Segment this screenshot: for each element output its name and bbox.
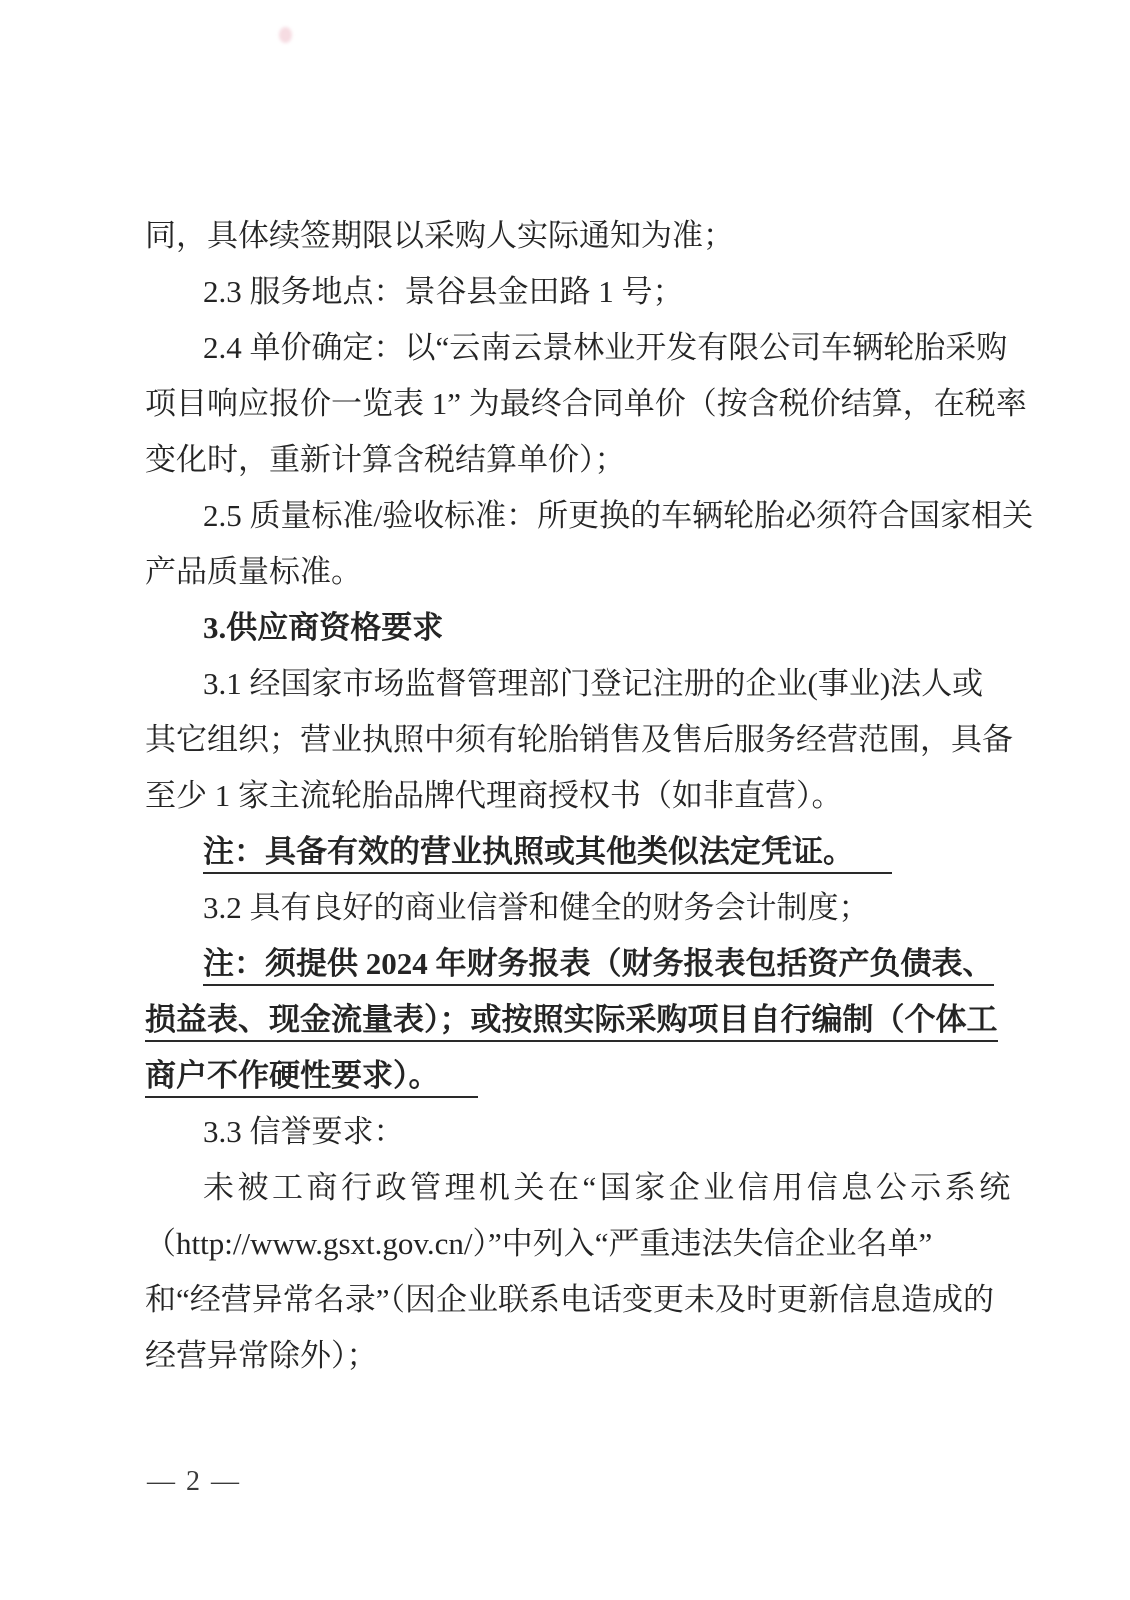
line-3-2-credit-finance: 3.2 具有良好的商业信誉和健全的财务会计制度； bbox=[145, 880, 1095, 936]
line-text: 3.3 信誉要求： bbox=[203, 1114, 405, 1149]
line-2-3-service-location: 2.3 服务地点：景谷县金田路 1 号； bbox=[145, 264, 1095, 320]
line-contract-renewal-continued: 同，具体续签期限以采购人实际通知为准； bbox=[145, 208, 1095, 264]
line-text: 未被工商行政管理机关在“国家企业信用信息公示系统 bbox=[203, 1170, 1014, 1205]
line-credit-system-1: 未被工商行政管理机关在“国家企业信用信息公示系统 bbox=[145, 1160, 1095, 1216]
line-2-4-unit-price-1: 2.4 单价确定：以“云南云景林业开发有限公司车辆轮胎采购 bbox=[145, 320, 1095, 376]
scan-artifact bbox=[279, 27, 292, 43]
note-text: 损益表、现金流量表）；或按照实际采购项目自行编制（个体工 bbox=[145, 1002, 998, 1042]
line-text: 3.2 具有良好的商业信誉和健全的财务会计制度； bbox=[203, 890, 870, 925]
line-text: 经营异常除外）； bbox=[145, 1338, 378, 1373]
footer-page-number: — 2 — bbox=[147, 1462, 241, 1502]
line-text: 变化时，重新计算含税结算单价）； bbox=[145, 442, 626, 477]
line-text: 同，具体续签期限以采购人实际通知为准； bbox=[145, 218, 734, 253]
line-credit-system-2: （http://www.gsxt.gov.cn/）”中列入“严重违法失信企业名单… bbox=[145, 1216, 1095, 1272]
line-text: （http://www.gsxt.gov.cn/）”中列入“严重违法失信企业名单… bbox=[145, 1226, 932, 1261]
line-2-5-quality-standard-2: 产品质量标准。 bbox=[145, 544, 1095, 600]
note-text: 注：具备有效的营业执照或其他类似法定凭证。 bbox=[203, 834, 892, 874]
heading-text: 3.供应商资格要求 bbox=[203, 610, 443, 645]
line-3-1-registration-3: 至少 1 家主流轮胎品牌代理商授权书（如非直营）。 bbox=[145, 768, 1095, 824]
line-3-1-registration-1: 3.1 经国家市场监督管理部门登记注册的企业(事业)法人或 bbox=[145, 656, 1095, 712]
note-text: 商户不作硬性要求）。 bbox=[145, 1058, 478, 1098]
line-2-4-unit-price-2: 项目响应报价一览表 1” 为最终合同单价（按含税价结算，在税率 bbox=[145, 376, 1095, 432]
note-text: 注：须提供 2024 年财务报表（财务报表包括资产负债表、 bbox=[203, 946, 994, 986]
line-text: 2.4 单价确定：以“云南云景林业开发有限公司车辆轮胎采购 bbox=[203, 330, 1007, 365]
line-credit-system-3: 和“经营异常名录”（因企业联系电话变更未及时更新信息造成的 bbox=[145, 1272, 1095, 1328]
line-3-1-registration-2: 其它组织；营业执照中须有轮胎销售及售后服务经营范围，具备 bbox=[145, 712, 1095, 768]
line-text: 至少 1 家主流轮胎品牌代理商授权书（如非直营）。 bbox=[145, 778, 843, 813]
line-text: 2.3 服务地点：景谷县金田路 1 号； bbox=[203, 274, 684, 309]
note-financial-statements-1: 注：须提供 2024 年财务报表（财务报表包括资产负债表、 bbox=[145, 936, 1095, 992]
line-text: 2.5 质量标准/验收标准：所更换的车辆轮胎必须符合国家相关 bbox=[203, 498, 1033, 533]
line-text: 产品质量标准。 bbox=[145, 554, 362, 589]
note-business-license: 注：具备有效的营业执照或其他类似法定凭证。 bbox=[145, 824, 1095, 880]
note-financial-statements-2: 损益表、现金流量表）；或按照实际采购项目自行编制（个体工 bbox=[145, 992, 1095, 1048]
line-credit-system-4: 经营异常除外）； bbox=[145, 1328, 1095, 1384]
line-2-4-unit-price-3: 变化时，重新计算含税结算单价）； bbox=[145, 432, 1095, 488]
line-text: 3.1 经国家市场监督管理部门登记注册的企业(事业)法人或 bbox=[203, 666, 983, 701]
line-3-3-reputation: 3.3 信誉要求： bbox=[145, 1104, 1095, 1160]
line-text: 和“经营异常名录”（因企业联系电话变更未及时更新信息造成的 bbox=[145, 1282, 994, 1317]
line-text: 项目响应报价一览表 1” 为最终合同单价（按含税价结算，在税率 bbox=[145, 386, 1027, 421]
note-financial-statements-3: 商户不作硬性要求）。 bbox=[145, 1048, 1095, 1104]
document-page: 同，具体续签期限以采购人实际通知为准； 2.3 服务地点：景谷县金田路 1 号；… bbox=[0, 0, 1130, 1600]
line-2-5-quality-standard-1: 2.5 质量标准/验收标准：所更换的车辆轮胎必须符合国家相关 bbox=[145, 488, 1095, 544]
document-body: 同，具体续签期限以采购人实际通知为准； 2.3 服务地点：景谷县金田路 1 号；… bbox=[145, 208, 1095, 1384]
line-text: 其它组织；营业执照中须有轮胎销售及售后服务经营范围，具备 bbox=[145, 722, 1013, 757]
heading-3-supplier-qualification: 3.供应商资格要求 bbox=[145, 600, 1095, 656]
